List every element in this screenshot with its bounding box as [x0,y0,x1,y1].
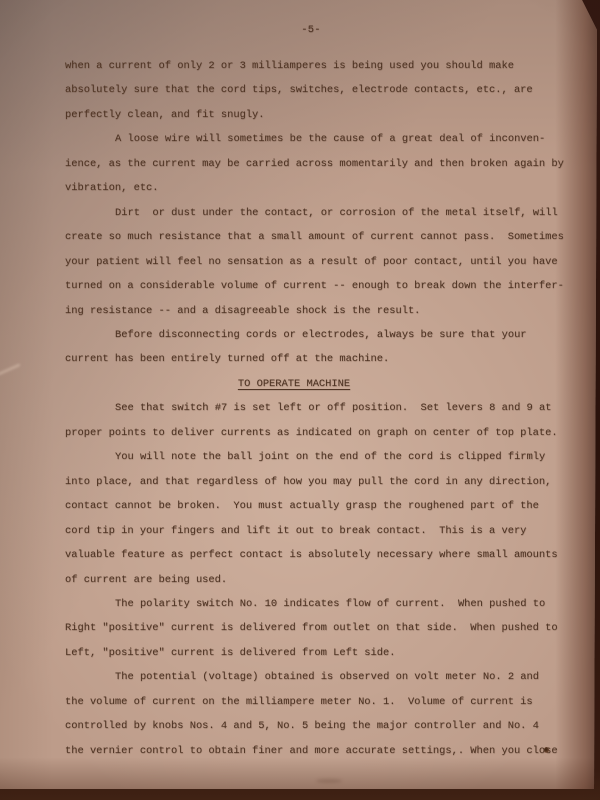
paper-speck [544,747,549,753]
text-line: vibration, etc. [65,176,549,200]
text-line: controlled by knobs Nos. 4 and 5, No. 5 … [65,714,549,738]
text-line: Dirt or dust under the contact, or corro… [65,201,549,225]
text-line: ing resistance -- and a disagreeable sho… [65,299,549,323]
text-line: You will note the ball joint on the end … [65,445,549,469]
text-line: The potential (voltage) obtained is obse… [65,665,549,689]
text-line: Left, "positive" current is delivered fr… [65,641,549,665]
text-line: contact cannot be broken. You must actua… [65,494,549,518]
photo-background: -5- when a current of only 2 or 3 millia… [0,0,600,800]
text-line: create so much resistance that a small a… [65,225,549,249]
text-line: cord tip in your fingers and lift it out… [65,519,549,543]
text-line: of current are being used. [65,568,549,592]
text-line: the volume of current on the milliampere… [65,690,549,714]
text-line: into place, and that regardless of how y… [65,470,549,494]
text-line: valuable feature as perfect contact is a… [65,543,549,567]
paper-smudge [316,779,342,783]
text-line: current has been entirely turned off at … [65,347,549,371]
text-line: perfectly clean, and fit snugly. [65,103,549,127]
text-line: A loose wire will sometimes be the cause… [65,127,549,151]
text-line: absolutely sure that the cord tips, swit… [65,78,549,102]
page-text: when a current of only 2 or 3 milliamper… [65,54,549,763]
text-line: Before disconnecting cords or electrodes… [65,323,549,347]
text-line: The polarity switch No. 10 indicates flo… [65,592,549,616]
paper-scratch [0,363,21,376]
document-page: -5- when a current of only 2 or 3 millia… [0,0,597,789]
text-line: ience, as the current may be carried acr… [65,152,549,176]
section-heading: TO OPERATE MACHINE [65,372,549,396]
page-number: -5- [0,24,600,36]
text-line: your patient will feel no sensation as a… [65,250,549,274]
text-line: See that switch #7 is set left or off po… [65,396,549,420]
text-line: Right "positive" current is delivered fr… [65,616,549,640]
text-line: turned on a considerable volume of curre… [65,274,549,298]
text-line: the vernier control to obtain finer and … [65,739,549,763]
text-line: proper points to deliver currents as ind… [65,421,549,445]
text-line: when a current of only 2 or 3 milliamper… [65,54,549,78]
